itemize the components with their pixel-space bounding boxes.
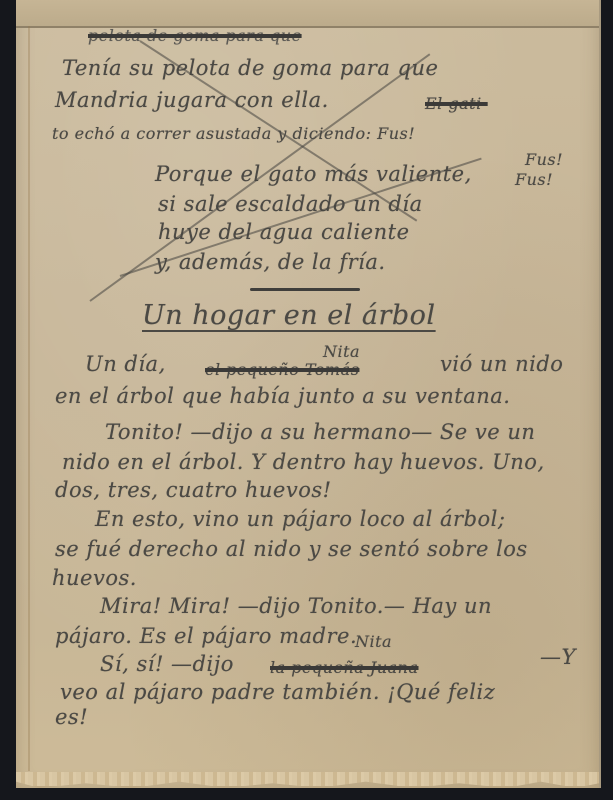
p3-line-1: En esto, vino un pájaro loco al árbol; xyxy=(95,507,505,531)
p5-struck-text: la pequeña Juana xyxy=(270,658,419,677)
p1-line-1b: vió un nido xyxy=(440,352,563,376)
story-title: Un hogar en el árbol xyxy=(142,300,436,331)
verse-line-1: Porque el gato más valiente, xyxy=(155,162,472,186)
section-divider xyxy=(250,288,360,291)
page-top-fold xyxy=(16,0,599,28)
p2-line-3: dos, tres, cuatro huevos! xyxy=(55,478,332,502)
margin-note-fus-1: Fus! xyxy=(525,150,563,169)
p3-line-3: huevos. xyxy=(52,566,137,590)
scanned-page-image: pelota de goma para que Tenía su pelota … xyxy=(0,0,613,800)
p1-line-1a: Un día, xyxy=(85,352,166,376)
p2-line-1: Tonito! —dijo a su hermano— Se ve un xyxy=(105,420,535,444)
p5-line-1b: —Y xyxy=(540,645,576,669)
verse-line-2: si sale escaldado un día xyxy=(158,192,423,216)
struck-word-gati: El gati- xyxy=(425,94,488,113)
p4-line-1: Mira! Mira! —dijo Tonito.— Hay un xyxy=(100,594,492,618)
insertion-nita-1: Nita xyxy=(323,342,360,361)
crossed-line-1: Tenía su pelota de goma para que xyxy=(62,56,438,80)
crossed-line-2: Mandria jugara con ella. xyxy=(55,88,329,112)
p5-line-2: veo al pájaro padre también. ¡Qué feliz xyxy=(60,680,495,704)
p5-line-3: es! xyxy=(55,705,88,729)
p4-line-2: pájaro. Es el pájaro madre. xyxy=(55,624,357,648)
margin-note-fus-2: Fus! xyxy=(515,170,553,189)
p1-line-2: en el árbol que había junto a su ventana… xyxy=(55,384,510,408)
crossed-line-3: to echó a correr asustada y diciendo: Fu… xyxy=(52,124,415,143)
p1-struck-text: el pequeño Tomás xyxy=(205,360,359,379)
struck-first-line: pelota de goma para que xyxy=(88,26,302,45)
p2-line-2: nido en el árbol. Y dentro hay huevos. U… xyxy=(62,450,545,474)
p3-line-2: se fué derecho al nido y se sentó sobre … xyxy=(55,537,528,561)
page-left-edge xyxy=(28,26,30,771)
p5-line-1a: Sí, sí! —dijo xyxy=(100,652,234,676)
insertion-nita-2: Nita xyxy=(355,632,392,651)
